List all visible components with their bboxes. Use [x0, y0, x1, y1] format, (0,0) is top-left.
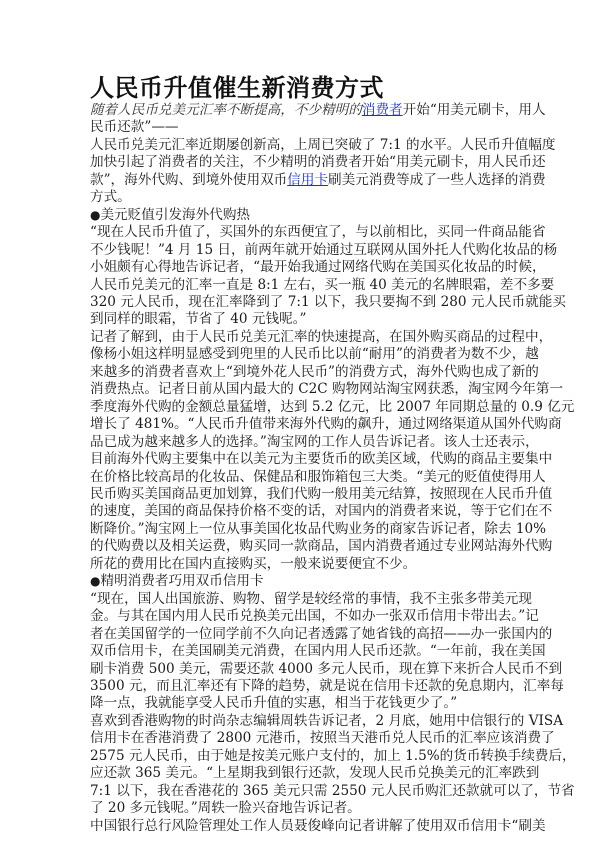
lead-line-1: 随着人民币兑美元汇率不断提高，不少精明的消费者开始“用美元刷卡，用人: [90, 102, 510, 119]
bullet-icon: ●: [90, 574, 100, 588]
paragraph-hongkong: 喜欢到香港购物的时尚杂志编辑周轶告诉记者，2 月底，她用中信银行的 VISA 信…: [90, 713, 510, 818]
article-title: 人民币升值催生新消费方式: [90, 74, 510, 102]
text-line: 金。与其在国内用人民币兑换美元出国，不如办一张双币信用卡带出去。”记: [90, 608, 510, 625]
text-segment: 款”，海外代购、到境外使用双币: [90, 172, 287, 188]
text-line: 刷卡消费 500 美元，需要还款 4000 多元人民币，现在算下来折合人民币不到: [90, 661, 510, 678]
paragraph-intro: 人民币兑美元汇率近期屡创新高，上周已突破了 7:1 的水平。人民币升值幅度 加快…: [90, 137, 510, 207]
section-heading-text: 精明消费者巧用双币信用卡: [100, 573, 263, 589]
text-line: 的代购费以及相关运费，购买同一款商品，国内消费者通过专业网站海外代购: [90, 538, 510, 555]
section-heading-text: 美元贬值引发海外代购热: [100, 207, 250, 223]
lead-text-rest: 开始“用美元刷卡，用人: [403, 102, 546, 118]
text-line: 2575 元人民币，由于她是按美元账户支付的，加上 1.5%的货币转换手续费后，: [90, 748, 510, 765]
text-line: 者在美国留学的一位同学前不久向记者透露了她省钱的高招——办一张国内的: [90, 626, 510, 643]
lead-text-2: 民币还款”——: [90, 119, 179, 135]
text-line: 记者了解到，由于人民币兑美元汇率的快速提高，在国外购买商品的过程中，: [90, 329, 510, 346]
lead-text: 随着人民币兑美元汇率不断提高，不少精明的: [90, 102, 362, 118]
text-line: 人民币兑美元的汇率一直是 8:1 左右，买一瓶 40 美元的名牌眼霜，差不多要: [90, 277, 510, 294]
paragraph-bank-of-china: 中国银行总行风险管理处工作人员聂俊峰向记者讲解了使用双币信用卡“刷美: [90, 818, 510, 835]
text-line: 小姐颇有心得地告诉记者，“最开始我通过网络代购在美国买化妆品的时候，: [90, 259, 510, 276]
text-line: 所花的费用比在国内直接购买，一般来说要便宜不少。: [90, 556, 510, 573]
paragraph-student: “现在，国人出国旅游、购物、留学是较经常的事情，我不主张多带美元现 金。与其在国…: [90, 591, 510, 713]
consumer-link[interactable]: 消费者: [362, 102, 403, 118]
text-line: 款”，海外代购、到境外使用双币信用卡刷美元消费等成了一些人选择的消费: [90, 172, 510, 189]
text-line: 方式。: [90, 189, 510, 206]
paragraph-yang: “现在人民币升值了，买国外的东西便宜了，与以前相比，买同一件商品能省 不少钱呢！…: [90, 224, 510, 329]
section-heading-dual-currency-card: ●精明消费者巧用双币信用卡: [90, 573, 510, 590]
text-line: 在价格比较高昂的化妆品、保健品和服饰箱包三大类。“美元的贬值使得用人: [90, 469, 510, 486]
text-line: 不少钱呢！”4 月 15 日，前两年就开始通过互联网从国外托人代购化妆品的杨: [90, 242, 510, 259]
text-line: 320 元人民币，现在汇率降到了 7:1 以下，我只要掏不到 280 元人民币就…: [90, 294, 510, 311]
text-line: 像杨小姐这样明显感受到兜里的人民币比以前“耐用”的消费者为数不少，越: [90, 346, 510, 363]
text-line: 季度海外代购的金额总量猛增，达到 5.2 亿元，比 2007 年同期总量的 0.…: [90, 399, 510, 416]
text-line: 了 20 多元钱呢。”周轶一脸兴奋地告诉记者。: [90, 800, 510, 817]
text-line: 应还款 365 美元。“上星期我到银行还款，发现人民币兑换美元的汇率跌到: [90, 765, 510, 782]
text-line: “现在，国人出国旅游、购物、留学是较经常的事情，我不主张多带美元现: [90, 591, 510, 608]
text-line: 喜欢到香港购物的时尚杂志编辑周轶告诉记者，2 月底，她用中信银行的 VISA: [90, 713, 510, 730]
text-line: 来越多的消费者喜欢上“到境外花人民币”的消费方式，海外代购也成了新的: [90, 364, 510, 381]
text-line: 民币购买美国商品更加划算，我们代购一般用美元结算，按照现在人民币升值: [90, 486, 510, 503]
text-line: 消费热点。记者日前从国内最大的 C2C 购物网站淘宝网获悉，淘宝网今年第一: [90, 381, 510, 398]
text-line: 7:1 以下，我在香港花的 365 美元只需 2550 元人民币购汇还款就可以了…: [90, 783, 510, 800]
text-line: 降一点，我就能享受人民币升值的实惠，相当于花钱更少了。”: [90, 695, 510, 712]
text-line: 人民币兑美元汇率近期屡创新高，上周已突破了 7:1 的水平。人民币升值幅度: [90, 137, 510, 154]
bullet-icon: ●: [90, 208, 100, 222]
text-segment: 刷美元消费等成了一些人选择的消费: [328, 172, 546, 188]
text-line: 信用卡在香港消费了 2800 元港币，按照当天港币兑人民币的汇率应该消费了: [90, 730, 510, 747]
text-line: 3500 元，而且汇率还有下降的趋势，就是说在信用卡还款的免息期内，汇率每: [90, 678, 510, 695]
text-line: 目前海外代购主要集中在以美元为主要货币的欧美区域，代购的商品主要集中: [90, 451, 510, 468]
section-heading-overseas-purchase: ●美元贬值引发海外代购热: [90, 207, 510, 224]
lead-line-2: 民币还款”——: [90, 119, 510, 136]
text-line: 中国银行总行风险管理处工作人员聂俊峰向记者讲解了使用双币信用卡“刷美: [90, 818, 510, 835]
credit-card-link[interactable]: 信用卡: [287, 172, 328, 188]
text-line: 品已成为越来越多人的选择。”淘宝网的工作人员告诉记者。该人士还表示，: [90, 434, 510, 451]
text-line: 加快引起了消费者的关注，不少精明的消费者开始“用美元刷卡，用人民币还: [90, 154, 510, 171]
paragraph-taobao: 记者了解到，由于人民币兑美元汇率的快速提高，在国外购买商品的过程中， 像杨小姐这…: [90, 329, 510, 573]
document-page: 人民币升值催生新消费方式 随着人民币兑美元汇率不断提高，不少精明的消费者开始“用…: [90, 74, 510, 835]
text-line: 增长了 481%。“人民币升值带来海外代购的飙升，通过网络渠道从国外代购商: [90, 416, 510, 433]
text-line: 双币信用卡，在美国刷美元消费，在国内用人民币还款。“一年前，我在美国: [90, 643, 510, 660]
article-lead: 随着人民币兑美元汇率不断提高，不少精明的消费者开始“用美元刷卡，用人 民币还款”…: [90, 102, 510, 137]
text-line: “现在人民币升值了，买国外的东西便宜了，与以前相比，买同一件商品能省: [90, 224, 510, 241]
text-line: 断降价。”淘宝网上一位从事美国化妆品代购业务的商家告诉记者，除去 10%: [90, 521, 510, 538]
text-line: 的速度，美国的商品保持价格不变的话，对国内的消费者来说，等于它们在不: [90, 503, 510, 520]
text-line: 到同样的眼霜，节省了 40 元钱呢。”: [90, 311, 510, 328]
